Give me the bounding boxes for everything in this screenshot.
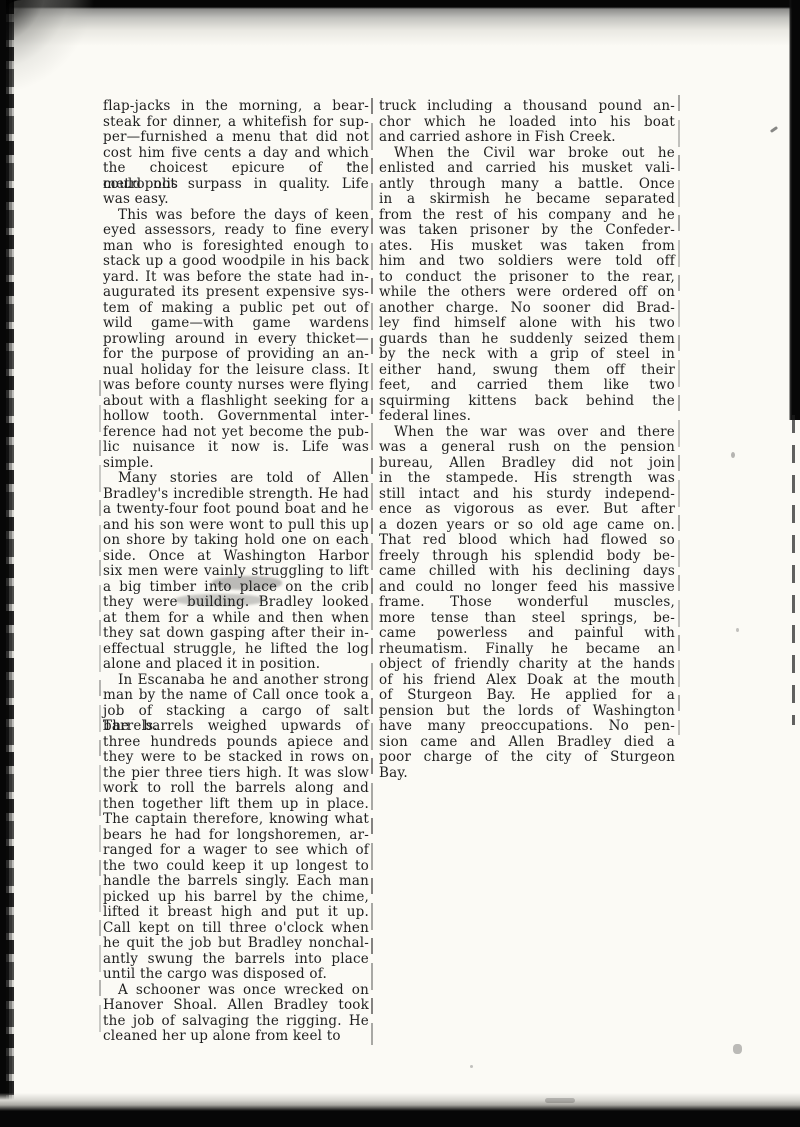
text-line: ference had not yet become the pub- [103,425,369,441]
text-line: effectual struggle, he lifted the log [103,642,369,658]
text-line: ates. His musket was taken from [379,239,675,255]
text-line: man who is foresighted enough to [103,239,369,255]
text-line: he quit the job but Bradley nonchal- [103,936,369,952]
text-line: cleaned her up alone from keel to [103,1029,369,1045]
scan-speckle [470,1065,473,1068]
text-line: prowling around in every thicket— [103,332,369,348]
text-line: bureau, Allen Bradley did not join [379,456,675,472]
column-rule-center [371,98,373,1045]
text-line: When the Civil war broke out he [379,146,675,162]
text-line: work to roll the barrels along and [103,781,369,797]
text-line: rheumatism. Finally he became an [379,642,675,658]
text-line: augurated its present expensive sys- [103,285,369,301]
text-line: have many preoccupations. No pen- [379,719,675,735]
text-line: Hanover Shoal. Allen Bradley took [103,998,369,1014]
text-line: was easy. [103,192,369,208]
text-line: the pier three tiers high. It was slow [103,766,369,782]
text-line: they were building. Bradley looked [103,595,369,611]
scan-speckle [733,1044,742,1054]
paragraph: When the war was over and therewas a gen… [379,425,675,782]
text-line: side. Once at Washington Harbor [103,549,369,565]
text-line: ley find himself alone with his two [379,316,675,332]
text-line: a twenty-four foot pound boat and he [103,502,369,518]
text-line: of his friend Alex Doak at the mouth [379,673,675,689]
text-line: chor which he loaded into his boat [379,115,675,131]
text-line: lifted it breast high and put it up. [103,905,369,921]
text-line: A schooner was once wrecked on [103,983,369,999]
text-line: enlisted and carried his musket vali- [379,161,675,177]
column-rule-left [99,380,101,1040]
scan-speckle [770,126,778,133]
text-line: in the stampede. His strength was [379,471,675,487]
paragraph: This was before the days of keeneyed ass… [103,208,369,472]
text-line: bears he had for longshoremen, ar- [103,828,369,844]
text-line: alone and placed it in position. [103,657,369,673]
text-line: to conduct the prisoner to the rear, [379,270,675,286]
text-line: Bradley's incredible strength. He had [103,487,369,503]
text-line: three hundreds pounds apiece and [103,735,369,751]
text-line: guards than he suddenly seized them [379,332,675,348]
text-line: then together lift them up in place. [103,797,369,813]
text-line: hollow tooth. Governmental inter- [103,409,369,425]
scan-edge-right-strip [787,0,800,420]
text-line: The captain therefore, knowing what [103,812,369,828]
text-line: feet, and carried them like two [379,378,675,394]
text-line: still intact and his sturdy independ- [379,487,675,503]
text-line: nual holiday for the leisure class. It [103,363,369,379]
text-line: came chilled with his declining days [379,564,675,580]
text-line: was taken prisoner by the Confeder- [379,223,675,239]
text-line: was a general rush on the pension [379,440,675,456]
text-line: sion came and Allen Bradley died a [379,735,675,751]
paragraph: truck including a thousand pound an-chor… [379,99,675,146]
text-line: the choicest epicure of the metropolis [103,161,369,177]
text-line: wild game—with game wardens [103,316,369,332]
text-line: stack up a good woodpile in his back [103,254,369,270]
text-line: the two could keep it up longest to [103,859,369,875]
text-line: The barrels weighed upwards of [103,719,369,735]
text-line: for the purpose of providing an an- [103,347,369,363]
text-line: man by the name of Call once took a [103,688,369,704]
text-line: squirming kittens back behind the [379,394,675,410]
scan-edge-right-thin [792,415,795,725]
text-line: lic nuisance it now is. Life was [103,440,369,456]
text-line: antly through many a battle. Once [379,177,675,193]
text-line: object of friendly charity at the hands [379,657,675,673]
text-line: could not surpass in quality. Life [103,177,369,193]
scan-edge-top [0,0,800,46]
text-line: per—furnished a menu that did not [103,130,369,146]
text-line: steak for dinner, a whitefish for sup- [103,115,369,131]
paragraph: flap-jacks in the morning, a bear-steak … [103,99,369,208]
text-line: they were to be stacked in rows on [103,750,369,766]
text-line: yard. It was before the state had in- [103,270,369,286]
text-line: truck including a thousand pound an- [379,99,675,115]
scan-speckle [545,1098,575,1103]
text-line: more tense than steel springs, be- [379,611,675,627]
text-line: Many stories are told of Allen [103,471,369,487]
text-line: tem of making a public pet out of [103,301,369,317]
text-line: and carried ashore in Fish Creek. [379,130,675,146]
scan-edge-bottom [0,1093,800,1127]
text-line: by the neck with a grip of steel in [379,347,675,363]
text-line: the job of salvaging the rigging. He [103,1014,369,1030]
text-line: at them for a while and then when [103,611,369,627]
text-line: a big timber into place on the crib [103,580,369,596]
article-column-right: truck including a thousand pound an-chor… [379,99,675,781]
scan-speckle [731,452,735,458]
text-line: about with a flashlight seeking for a [103,394,369,410]
paragraph: In Escanaba he and another strongman by … [103,673,369,983]
text-line: pension but the lords of Washington [379,704,675,720]
text-line: was before county nurses were flying [103,378,369,394]
text-line: frame. Those wonderful muscles, [379,595,675,611]
scanned-page: flap-jacks in the morning, a bear-steak … [0,0,800,1127]
text-line: eyed assessors, ready to fine every [103,223,369,239]
text-line: a dozen years or so old age came on. [379,518,675,534]
text-line: That red blood which had flowed so [379,533,675,549]
text-line: ence as vigorous as ever. But after [379,502,675,518]
text-line: job of stacking a cargo of salt barrels. [103,704,369,720]
text-line: simple. [103,456,369,472]
text-line: came powerless and painful with [379,626,675,642]
text-line: and his son were wont to pull this up [103,518,369,534]
text-line: on shore by taking hold one on each [103,533,369,549]
scan-edge-left [0,0,16,1127]
scan-edge-left-noise [6,0,14,1127]
text-line: Call kept on till three o'clock when [103,921,369,937]
text-line: This was before the days of keen [103,208,369,224]
scan-speckle [736,628,739,632]
text-line: six men were vainly struggling to lift [103,564,369,580]
text-line: freely through his splendid body be- [379,549,675,565]
text-line: while the others were ordered off on [379,285,675,301]
text-line: until the cargo was disposed of. [103,967,369,983]
article-column-left: flap-jacks in the morning, a bear-steak … [103,99,369,1045]
text-line: When the war was over and there [379,425,675,441]
text-line: In Escanaba he and another strong [103,673,369,689]
text-line: another charge. No sooner did Brad- [379,301,675,317]
text-line: Bay. [379,766,675,782]
text-line: poor charge of the city of Sturgeon [379,750,675,766]
text-line: federal lines. [379,409,675,425]
text-line: from the rest of his company and he [379,208,675,224]
text-line: and could no longer feed his massive [379,580,675,596]
text-line: in a skirmish he became separated [379,192,675,208]
paragraph: A schooner was once wrecked onHanover Sh… [103,983,369,1045]
scan-corner-top-left [0,0,150,110]
text-line: handle the barrels singly. Each man [103,874,369,890]
text-line: of Sturgeon Bay. He applied for a [379,688,675,704]
text-line: him and two soldiers were told off [379,254,675,270]
text-line: antly swung the barrels into place [103,952,369,968]
text-line: flap-jacks in the morning, a bear- [103,99,369,115]
text-line: picked up his barrel by the chime, [103,890,369,906]
paragraph: Many stories are told of AllenBradley's … [103,471,369,673]
text-line: cost him five cents a day and which [103,146,369,162]
text-line: either hand, swung them off their [379,363,675,379]
text-line: they sat down gasping after their in- [103,626,369,642]
text-line: ranged for a wager to see which of [103,843,369,859]
paragraph: When the Civil war broke out heenlisted … [379,146,675,425]
column-rule-right [678,95,680,735]
